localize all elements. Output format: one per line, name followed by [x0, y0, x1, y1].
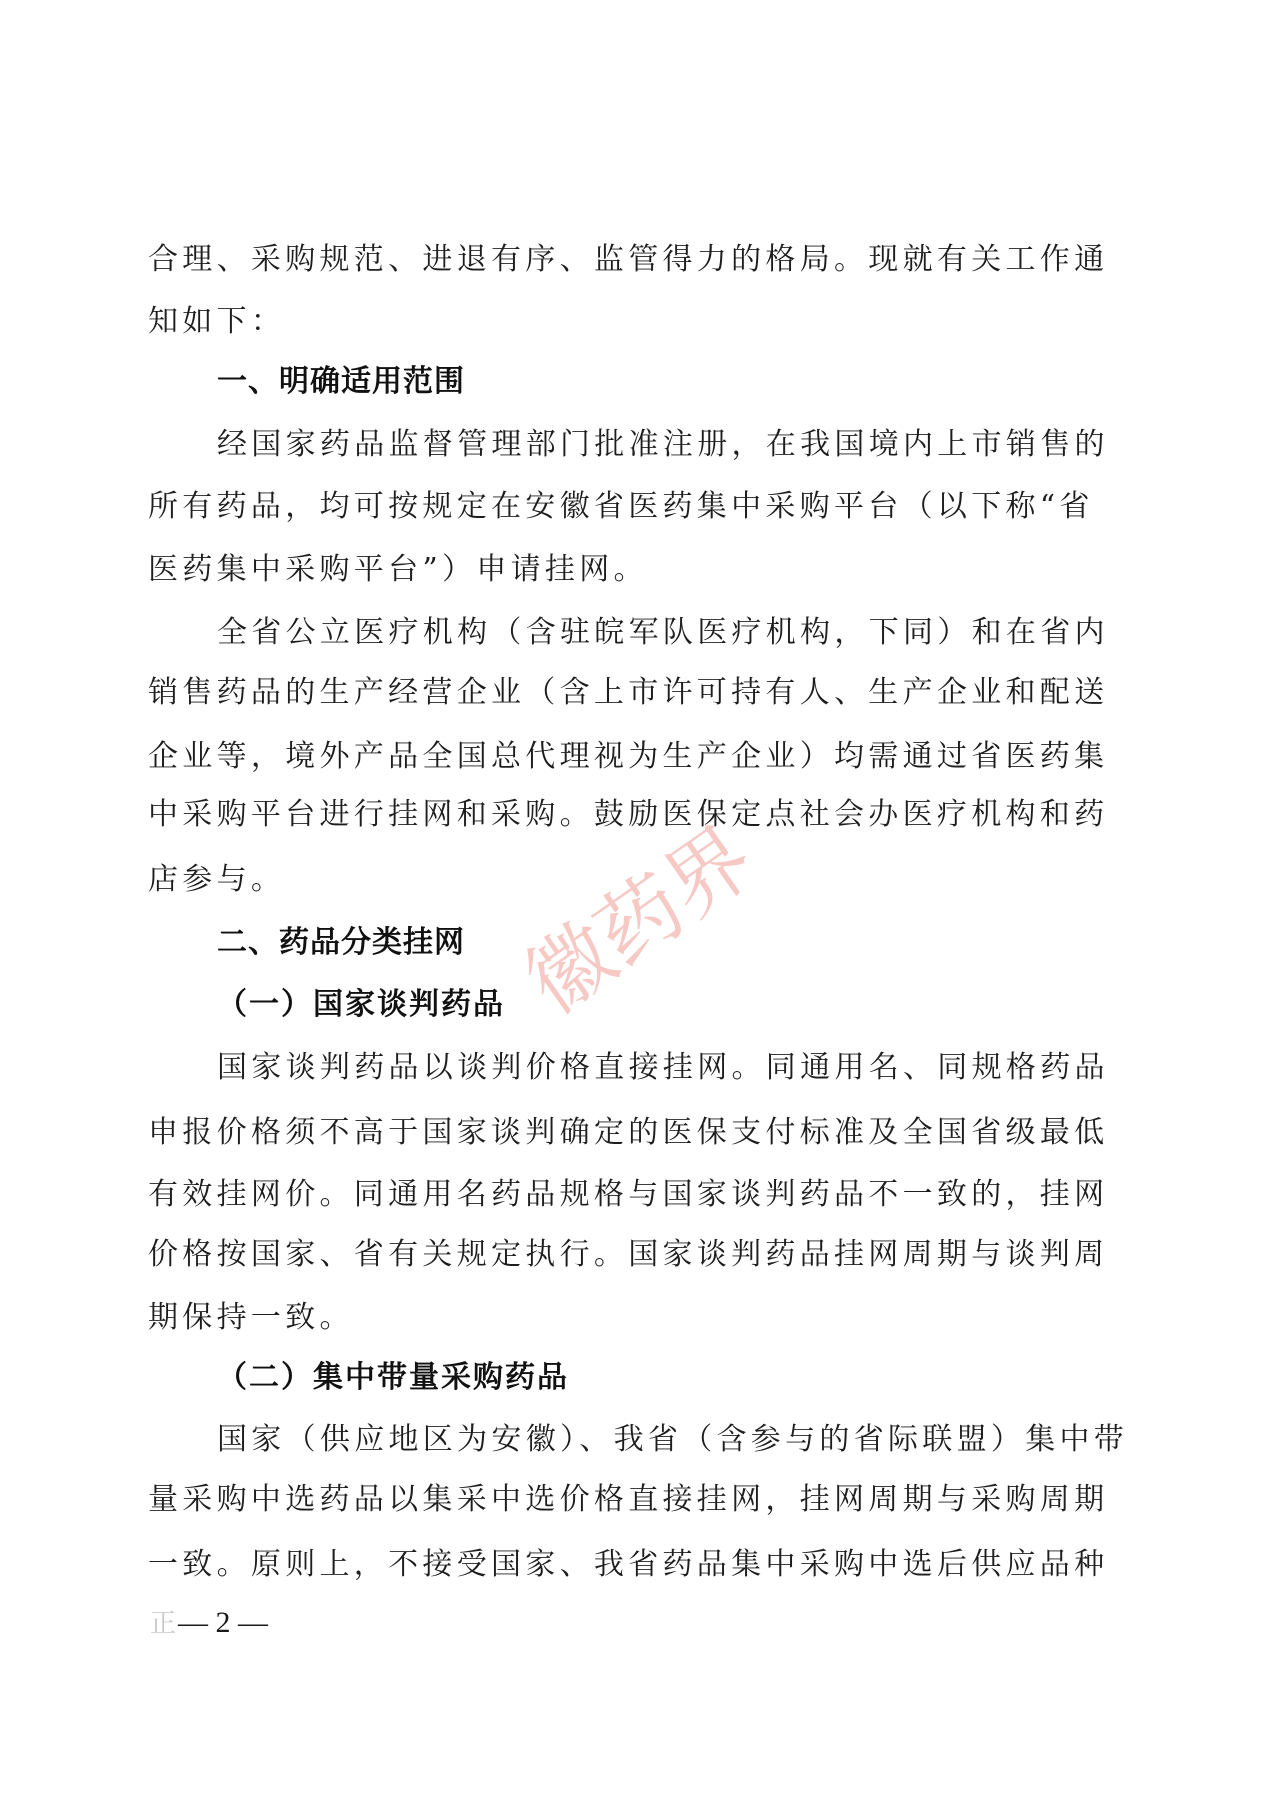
body-line: 期保持一致。: [148, 1287, 1110, 1349]
page-number-footer: 正— 2 —: [150, 1603, 268, 1643]
body-line: 医药集中采购平台”）申请挂网。: [148, 539, 1110, 601]
body-line: 量采购中选药品以集采中选价格直接挂网，挂网周期与采购周期: [148, 1469, 1110, 1531]
paragraph-start-line: 全省公立医疗机构（含驻皖军队医疗机构，下同）和在省内: [148, 602, 1110, 664]
page-number-left-dash: —: [178, 1606, 208, 1639]
body-line: 中采购平台进行挂网和采购。鼓励医保定点社会办医疗机构和药: [148, 784, 1110, 846]
subsection-heading-negotiated-drugs: （一）国家谈判药品: [148, 974, 1110, 1036]
body-line: 申报价格须不高于国家谈判确定的医保支付标准及全国省级最低: [148, 1102, 1110, 1164]
body-line: 所有药品，均可按规定在安徽省医药集中采购平台（以下称“省: [148, 476, 1110, 538]
body-line: 一致。原则上，不接受国家、我省药品集中采购中选后供应品种: [148, 1534, 1110, 1596]
page-number-right-dash: —: [238, 1606, 268, 1639]
subsection-heading-volume-procurement: （二）集中带量采购药品: [148, 1347, 1110, 1409]
document-page: 合理、采购规范、进退有序、监管得力的格局。现就有关工作通 知如下： 一、明确适用…: [0, 0, 1280, 1810]
body-line: 价格按国家、省有关规定执行。国家谈判药品挂网周期与谈判周: [148, 1224, 1110, 1286]
body-line: 销售药品的生产经营企业（含上市许可持有人、生产企业和配送: [148, 662, 1110, 724]
body-line: 企业等，境外产品全国总代理视为生产企业）均需通过省医药集: [148, 726, 1110, 788]
scan-artifact-mark: 正: [150, 1609, 176, 1638]
body-line: 有效挂网价。同通用名药品规格与国家谈判药品不一致的，挂网: [148, 1164, 1110, 1226]
paragraph-start-line: 经国家药品监督管理部门批准注册，在我国境内上市销售的: [148, 414, 1110, 476]
body-line: 店参与。: [148, 849, 1110, 911]
paragraph-start-line: 国家谈判药品以谈判价格直接挂网。同通用名、同规格药品: [148, 1037, 1110, 1099]
section-heading-classification: 二、药品分类挂网: [148, 912, 1110, 974]
paragraph-start-line: 国家（供应地区为安徽）、我省（含参与的省际联盟）集中带: [148, 1409, 1110, 1471]
page-number: 2: [216, 1606, 231, 1639]
body-line: 知如下：: [148, 291, 1110, 353]
body-line: 合理、采购规范、进退有序、监管得力的格局。现就有关工作通: [148, 229, 1110, 291]
section-heading-scope: 一、明确适用范围: [148, 351, 1110, 413]
